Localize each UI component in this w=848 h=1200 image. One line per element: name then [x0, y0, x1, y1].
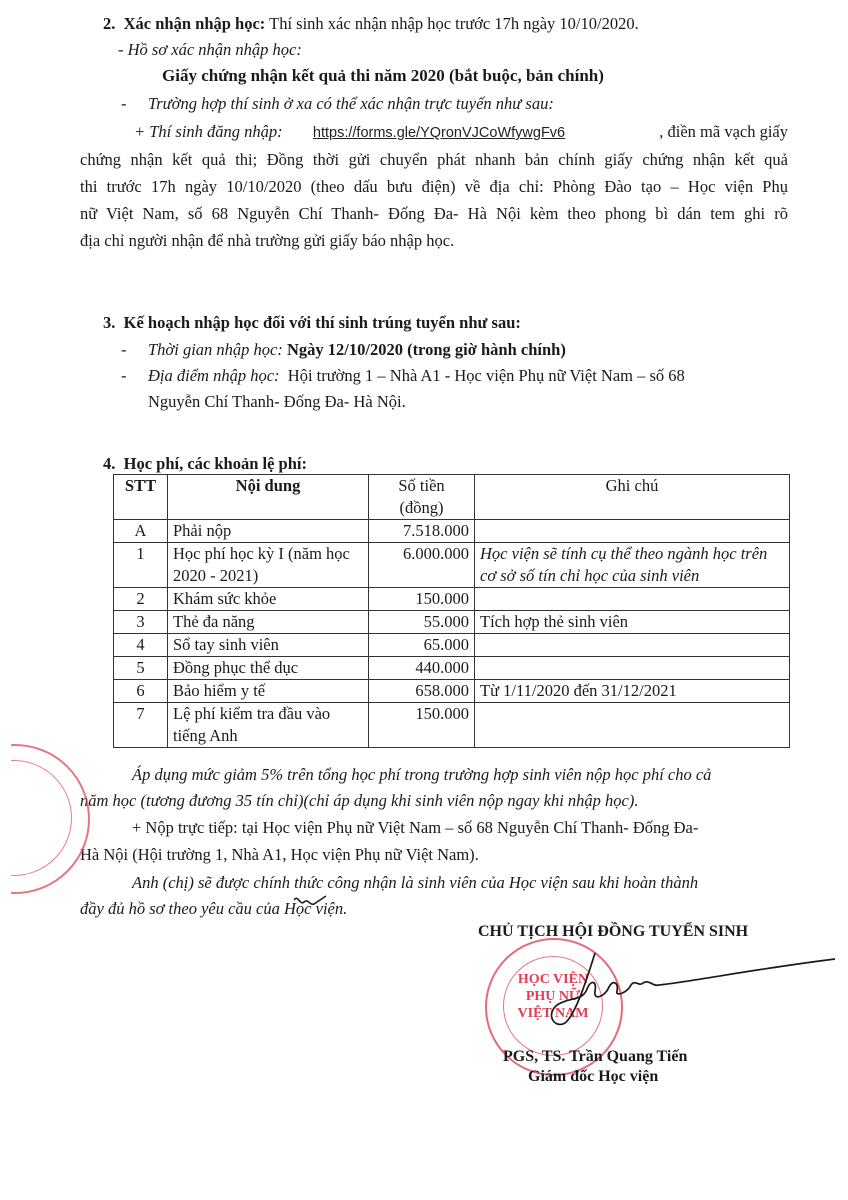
- cell-content: Học phí học kỳ I (năm học 2020 - 2021): [168, 543, 369, 588]
- place-value: Hội trường 1 – Nhà A1 - Học viện Phụ nữ …: [288, 366, 685, 385]
- signatory-position: Giám đốc Học viện: [528, 1067, 658, 1087]
- cell-stt: 4: [114, 634, 168, 657]
- para-line-1: chứng nhận kết quả thi; Đồng thời gửi ch…: [80, 150, 788, 170]
- direct-payment-line-2: Hà Nội (Hội trường 1, Nhà A1, Học viện P…: [80, 845, 479, 865]
- cell-stt: 2: [114, 588, 168, 611]
- direct-payment-line-1: + Nộp trực tiếp: tại Học viện Phụ nữ Việ…: [132, 818, 698, 838]
- cell-amount: 55.000: [369, 611, 475, 634]
- cell-amount: 150.000: [369, 703, 475, 748]
- cell-content: Khám sức khỏe: [168, 588, 369, 611]
- cell-stt: 3: [114, 611, 168, 634]
- header-amount-line2: (đồng): [374, 497, 469, 519]
- cell-content: Đồng phục thể dục: [168, 657, 369, 680]
- table-row: 4Sổ tay sinh viên65.000: [114, 634, 790, 657]
- signature-scribble: [535, 945, 845, 1035]
- place-label: Địa điểm nhập học:: [148, 366, 280, 385]
- section-number: 3.: [103, 313, 115, 332]
- place-bullet: -: [121, 366, 127, 386]
- table-row: 6Bảo hiểm y tế658.000Từ 1/11/2020 đến 31…: [114, 680, 790, 703]
- section-number: 2.: [103, 14, 115, 33]
- cell-amount: 440.000: [369, 657, 475, 680]
- header-amount-line1: Số tiền: [374, 475, 469, 497]
- discount-text-1: Áp dụng mức giảm 5% trên tổng học phí tr…: [132, 765, 711, 784]
- section-text: Thí sinh xác nhận nhập học trước 17h ngà…: [265, 14, 638, 33]
- table-row: 2Khám sức khỏe150.000: [114, 588, 790, 611]
- cell-stt: 7: [114, 703, 168, 748]
- cell-amount: 7.518.000: [369, 520, 475, 543]
- cell-amount: 6.000.000: [369, 543, 475, 588]
- cell-note: [475, 703, 790, 748]
- section-title: Học phí, các khoản lệ phí:: [124, 454, 307, 473]
- cell-note: [475, 588, 790, 611]
- login-after-text: , điền mã vạch giấy: [659, 122, 788, 142]
- cell-note: [475, 634, 790, 657]
- place-value-line-2: Nguyễn Chí Thanh- Đống Đa- Hà Nội.: [148, 392, 406, 412]
- login-line: + Thí sinh đăng nhập: https://forms.gle/…: [134, 122, 788, 143]
- cell-content: Phải nộp: [168, 520, 369, 543]
- signatory-name: PGS, TS. Trần Quang Tiến: [503, 1047, 687, 1067]
- cell-content: Sổ tay sinh viên: [168, 634, 369, 657]
- partial-stamp-left: [0, 744, 90, 894]
- table-row: 7Lệ phí kiểm tra đầu vào tiếng Anh150.00…: [114, 703, 790, 748]
- section-2-heading: 2. Xác nhận nhập học: Thí sinh xác nhận …: [103, 14, 639, 34]
- section-4-heading: 4. Học phí, các khoản lệ phí:: [103, 454, 307, 474]
- cell-note: Tích hợp thẻ sinh viên: [475, 611, 790, 634]
- cell-note: [475, 520, 790, 543]
- cell-content: Bảo hiểm y tế: [168, 680, 369, 703]
- login-label: + Thí sinh đăng nhập:: [134, 122, 283, 141]
- cell-content: Lệ phí kiểm tra đầu vào tiếng Anh: [168, 703, 369, 748]
- table-row: APhải nộp7.518.000: [114, 520, 790, 543]
- closing-line-1: Anh (chị) sẽ được chính thức công nhận l…: [132, 873, 698, 893]
- forms-link[interactable]: https://forms.gle/YQronVJCoWfywgFv6: [313, 125, 565, 141]
- section-title: Kế hoạch nhập học đối với thí sinh trúng…: [124, 313, 521, 332]
- remote-label: Trường hợp thí sinh ở xa có thể xác nhận…: [148, 94, 554, 114]
- para-line-4: địa chỉ người nhận để nhà trường gửi giấ…: [80, 231, 454, 251]
- cell-note: Từ 1/11/2020 đến 31/12/2021: [475, 680, 790, 703]
- discount-line-2: năm học (tương đương 35 tín chỉ)(chỉ áp …: [80, 791, 638, 811]
- table-row: 3Thẻ đa năng55.000Tích hợp thẻ sinh viên: [114, 611, 790, 634]
- cell-amount: 150.000: [369, 588, 475, 611]
- section-3-heading: 3. Kế hoạch nhập học đối với thí sinh tr…: [103, 313, 521, 333]
- cell-note: Học viện sẽ tính cụ thể theo ngành học t…: [475, 543, 790, 588]
- dossier-label: - Hồ sơ xác nhận nhập học:: [118, 40, 302, 60]
- table-header-row: STT Nội dung Số tiền (đồng) Ghi chú: [114, 475, 790, 520]
- cell-note: [475, 657, 790, 680]
- table-row: 1Học phí học kỳ I (năm học 2020 - 2021)6…: [114, 543, 790, 588]
- section-title: Xác nhận nhập học:: [124, 14, 266, 33]
- header-amount: Số tiền (đồng): [369, 475, 475, 520]
- discount-line-1: Áp dụng mức giảm 5% trên tổng học phí tr…: [132, 765, 788, 785]
- time-bullet: -: [121, 340, 127, 360]
- section-number: 4.: [103, 454, 115, 473]
- para-line-2: thi trước 17h ngày 10/10/2020 (theo dấu …: [80, 177, 788, 197]
- cell-stt: 1: [114, 543, 168, 588]
- header-stt: STT: [114, 475, 168, 520]
- initials-mark: [290, 892, 330, 914]
- cell-stt: A: [114, 520, 168, 543]
- time-value: Ngày 12/10/2020 (trong giờ hành chính): [287, 340, 566, 359]
- remote-bullet: -: [121, 94, 127, 114]
- cell-amount: 65.000: [369, 634, 475, 657]
- cell-stt: 6: [114, 680, 168, 703]
- fees-table: STT Nội dung Số tiền (đồng) Ghi chú APhả…: [113, 474, 790, 748]
- table-row: 5Đồng phục thể dục440.000: [114, 657, 790, 680]
- admission-time: Thời gian nhập học: Ngày 12/10/2020 (tro…: [148, 340, 566, 360]
- para-line-3: nữ Việt Nam, số 68 Nguyễn Chí Thanh- Đốn…: [80, 204, 788, 224]
- header-note: Ghi chú: [475, 475, 790, 520]
- header-content: Nội dung: [168, 475, 369, 520]
- cell-stt: 5: [114, 657, 168, 680]
- certificate-requirement: Giấy chứng nhận kết quả thi năm 2020 (bắ…: [162, 66, 604, 86]
- cell-content: Thẻ đa năng: [168, 611, 369, 634]
- cell-amount: 658.000: [369, 680, 475, 703]
- time-label: Thời gian nhập học:: [148, 340, 283, 359]
- admission-place: Địa điểm nhập học: Hội trường 1 – Nhà A1…: [148, 366, 685, 386]
